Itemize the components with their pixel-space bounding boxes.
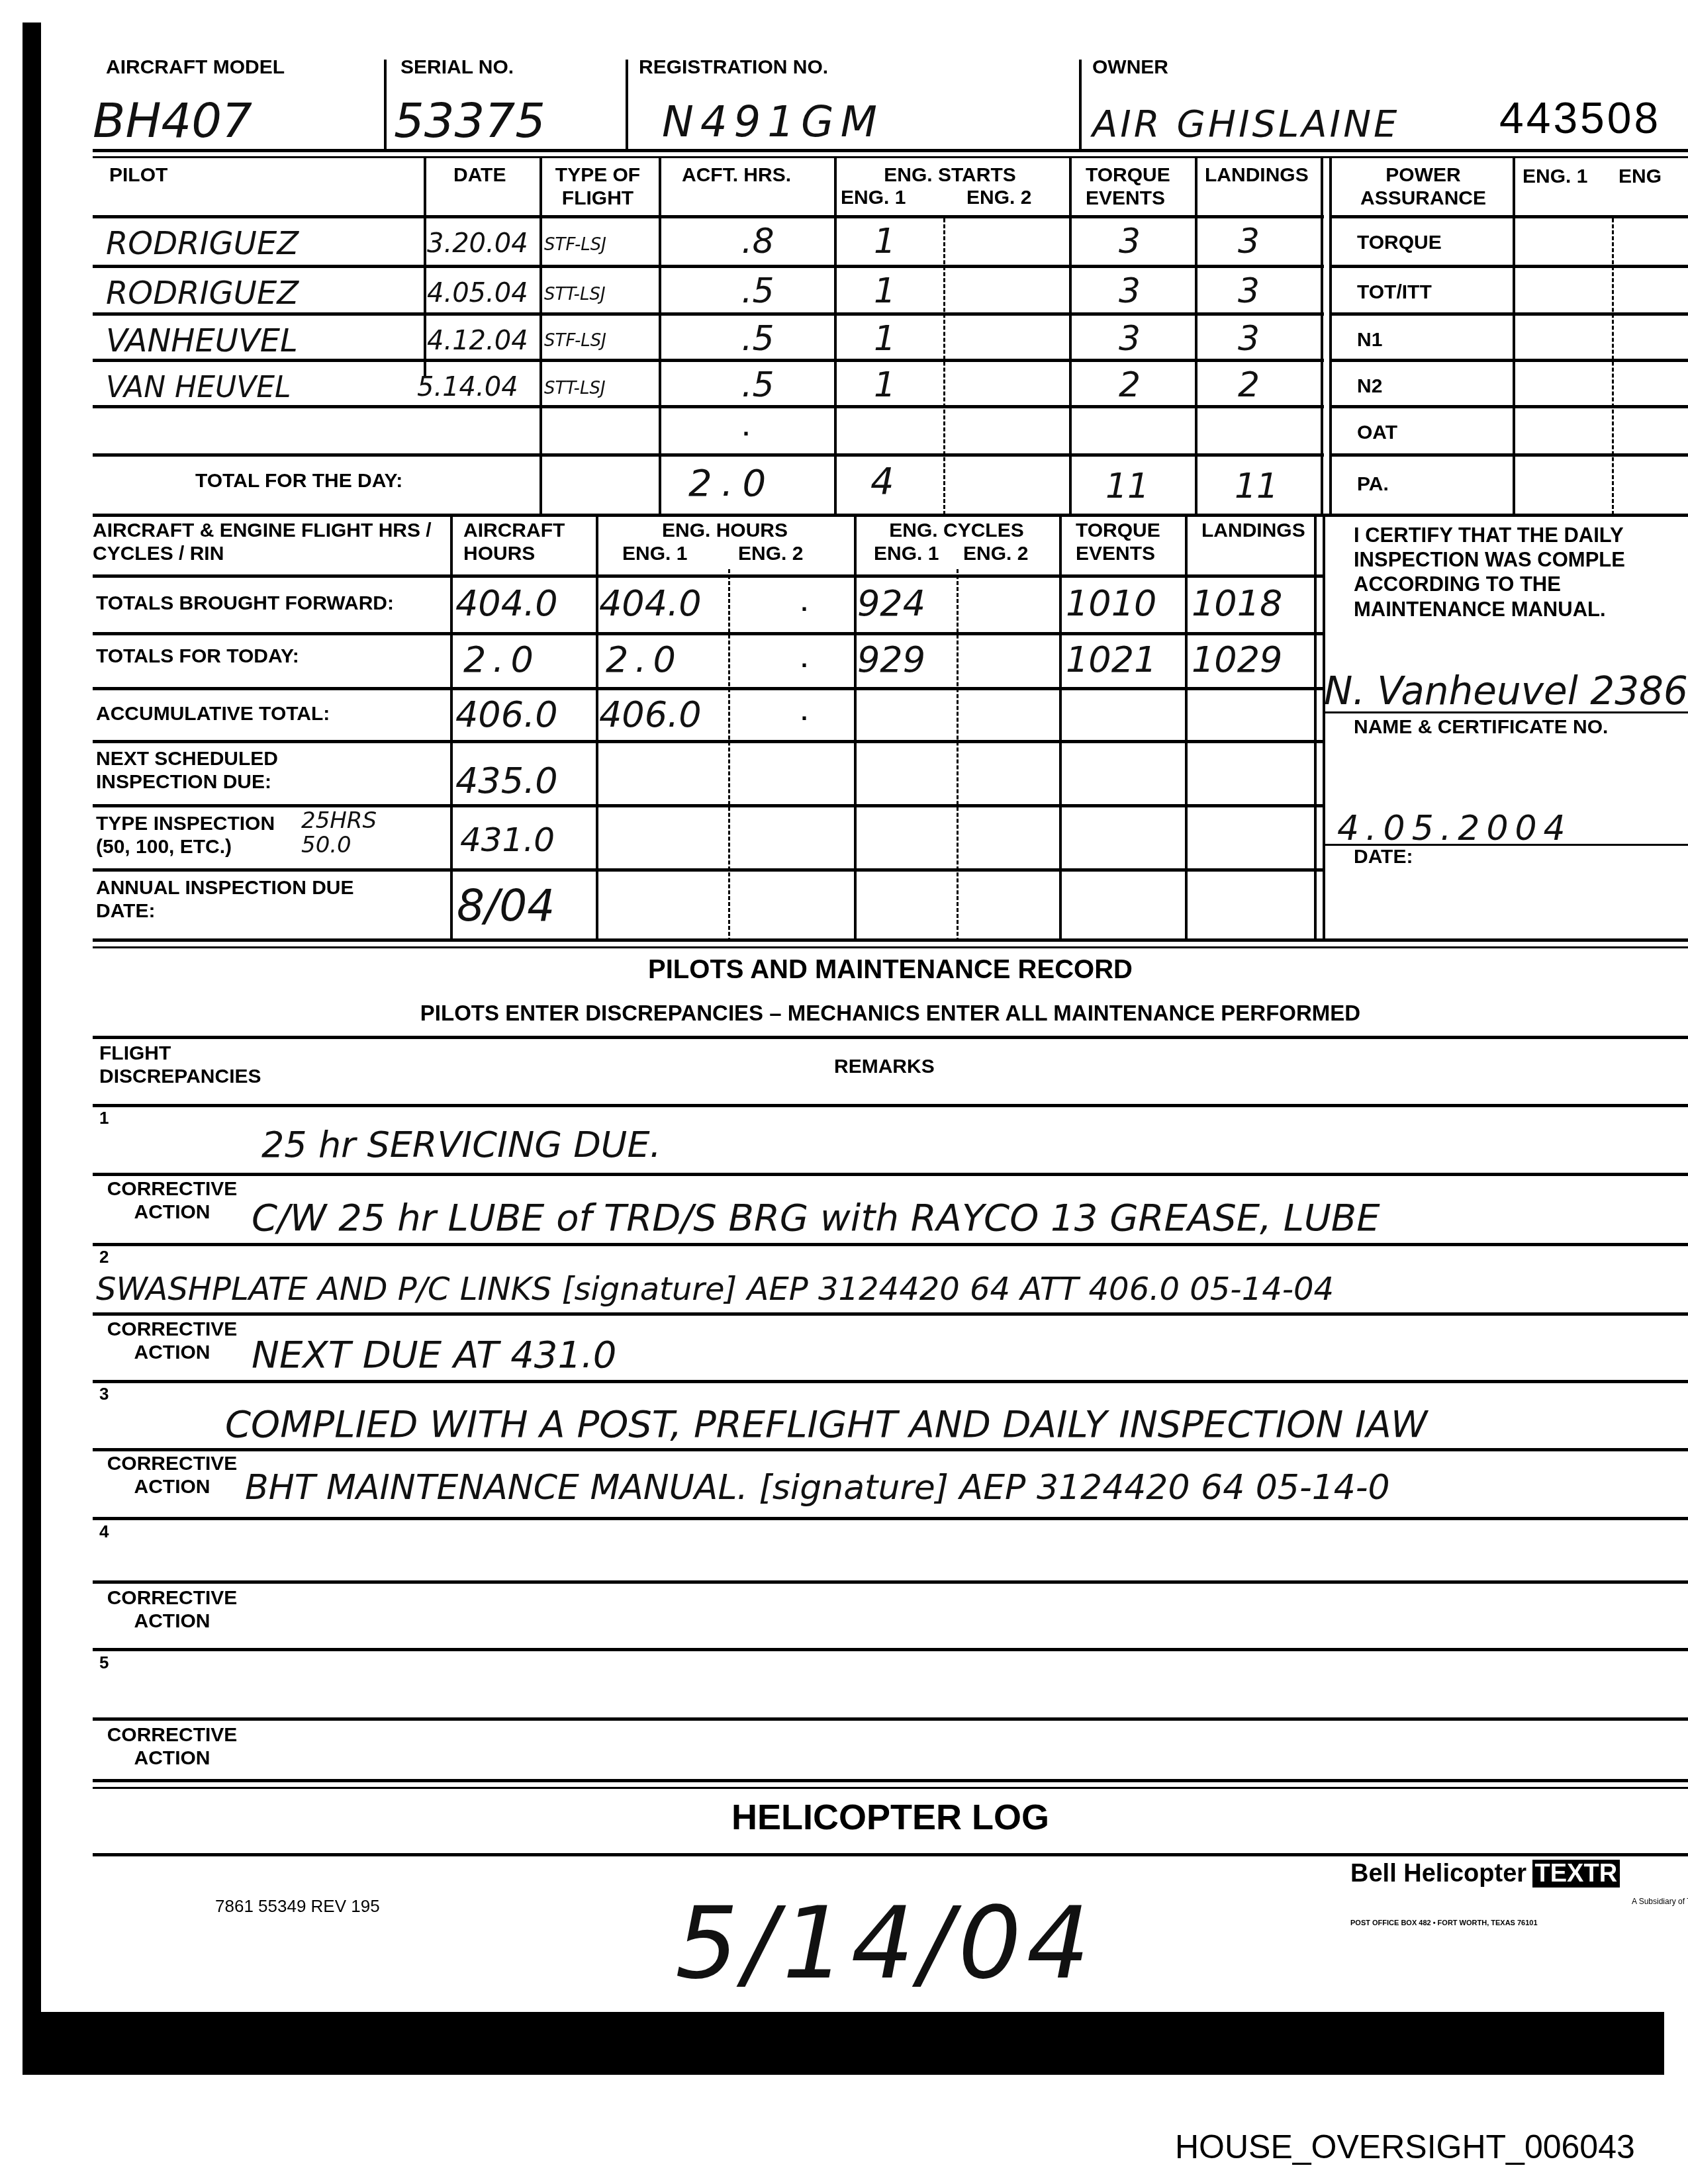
- grid-line: [1323, 515, 1325, 942]
- divider: [93, 1517, 1688, 1520]
- divider: [93, 1243, 1688, 1246]
- today-eng1-cycles: 929: [857, 639, 925, 680]
- maintenance-title: PILOTS AND MAINTENANCE RECORD: [93, 954, 1688, 985]
- type-inspection-note: 25HRS 50.0: [301, 809, 374, 858]
- grid-line: [854, 515, 857, 942]
- corrective-action-label: CORRECTIVE ACTION: [93, 1587, 252, 1633]
- divider: [93, 1787, 1688, 1789]
- signature: N. Vanheuvel 2386: [1324, 668, 1688, 713]
- bates-number: HOUSE_OVERSIGHT_006043: [1175, 2128, 1635, 2166]
- divider: [93, 1312, 1688, 1316]
- grid-line: [1321, 158, 1323, 515]
- torque-events: 3: [1119, 319, 1141, 359]
- bell-helicopter-logo: Bell Helicopter TEXTR: [1350, 1860, 1620, 1889]
- eng1-starts: 1: [874, 271, 896, 311]
- today-torque: 1021: [1066, 639, 1156, 680]
- acft-hrs: .: [743, 414, 749, 441]
- pilot-name: RODRIGUEZ: [106, 225, 299, 262]
- col-type-of-flight: TYPE OF FLIGHT: [541, 164, 654, 210]
- date-label: DATE:: [1354, 846, 1413, 869]
- grid-line: [1513, 158, 1515, 515]
- grid-line: [93, 312, 1324, 316]
- accumulative-eng1-hours: 406.0: [599, 694, 702, 735]
- grid-line: [93, 740, 1324, 743]
- torque-events: 3: [1119, 271, 1141, 311]
- accumulative-aircraft-hours: 406.0: [455, 694, 558, 735]
- grid-line: [1314, 515, 1317, 942]
- col-pilot: PILOT: [109, 164, 167, 187]
- annual-inspection-date: 8/04: [457, 880, 555, 931]
- flight-type: STT-LSJ: [544, 285, 606, 304]
- divider: [93, 1173, 1688, 1176]
- divider: [93, 1380, 1688, 1383]
- discrepancy-2: SWASHPLATE AND P/C LINKS [signature] AEP…: [96, 1271, 1334, 1308]
- grid-line: [1329, 453, 1688, 457]
- grid-line: [1195, 158, 1197, 515]
- stamp-number: 443508: [1499, 93, 1661, 143]
- row-type-inspection-label: TYPE INSPECTION (50, 100, ETC.): [96, 813, 301, 858]
- divider: [1079, 60, 1082, 149]
- grid-line: [728, 569, 730, 942]
- name-certificate-label: NAME & CERTIFICATE NO.: [1354, 716, 1608, 739]
- divider: [93, 1648, 1688, 1651]
- col-torque-events: TORQUE EVENTS: [1086, 164, 1185, 210]
- grid-line: [539, 158, 542, 515]
- eng1-starts: 1: [874, 222, 896, 261]
- owner-value: AIR GHISLAINE: [1092, 103, 1399, 146]
- brought-forward-eng1-cycles: 924: [857, 582, 925, 624]
- discrepancy-3: COMPLIED WITH A POST, PREFLIGHT AND DAIL…: [225, 1403, 1427, 1446]
- col-landings: LANDINGS: [1205, 164, 1309, 187]
- next-inspection-hours: 435.0: [455, 760, 558, 801]
- grid-line: [93, 514, 1688, 517]
- col-landings: LANDINGS: [1201, 520, 1305, 543]
- grid-line: [93, 215, 1324, 218]
- corrective-action-3: BHT MAINTENANCE MANUAL. [signature] AEP …: [245, 1468, 1390, 1508]
- totals-section-label: AIRCRAFT & ENGINE FLIGHT HRS / CYCLES / …: [93, 520, 450, 565]
- pa-row-oat: OAT: [1357, 422, 1397, 445]
- brought-forward-landings: 1018: [1192, 582, 1282, 624]
- pa-row-tot-itt: TOT/ITT: [1357, 281, 1432, 304]
- divider: [93, 1448, 1688, 1451]
- divider: [93, 1104, 1688, 1107]
- flight-type: STF-LSJ: [544, 331, 606, 351]
- pilot-name: VAN HEUVEL: [106, 371, 291, 404]
- corrective-action-2: NEXT DUE AT 431.0: [252, 1334, 617, 1377]
- pa-col-eng2: ENG: [1618, 165, 1662, 189]
- power-assurance-header: POWER ASSURANCE: [1331, 164, 1516, 210]
- entry-number: 3: [99, 1385, 109, 1404]
- grid-line: [834, 158, 837, 515]
- discrepancy-1: 25 hr SERVICING DUE.: [261, 1124, 661, 1165]
- total-torque-events: 11: [1105, 467, 1149, 506]
- entry-number: 1: [99, 1109, 109, 1128]
- today-eng2-hours: .: [801, 645, 808, 672]
- torque-events: 3: [1119, 222, 1141, 261]
- col-acft-hrs: ACFT. HRS.: [682, 164, 791, 187]
- divider: [93, 1036, 1688, 1039]
- pa-row-pa: PA.: [1357, 473, 1389, 496]
- brand-address: POST OFFICE BOX 482 • FORT WORTH, TEXAS …: [1350, 1919, 1538, 1927]
- landings: 3: [1238, 222, 1260, 261]
- col-eng-cycles: ENG. CYCLES: [854, 520, 1059, 543]
- grid-line: [1329, 215, 1688, 218]
- today-landings: 1029: [1192, 639, 1282, 680]
- col-eng-cycles-eng1: ENG. 1: [874, 543, 939, 566]
- eng1-starts: 1: [874, 319, 896, 359]
- grid-line: [93, 574, 1324, 578]
- landings: 3: [1238, 319, 1260, 359]
- divider: [93, 149, 1688, 152]
- landings: 2: [1238, 365, 1260, 405]
- row-accumulative-label: ACCUMULATIVE TOTAL:: [96, 703, 330, 726]
- col-eng-hours-eng2: ENG. 2: [738, 543, 803, 566]
- acft-hrs: .5: [741, 319, 774, 359]
- col-eng-hours-eng1: ENG. 1: [622, 543, 687, 566]
- acft-hrs: .5: [741, 365, 774, 405]
- col-eng-cycles-eng2: ENG. 2: [963, 543, 1028, 566]
- grid-line: [450, 515, 453, 942]
- pa-col-eng1: ENG. 1: [1523, 165, 1587, 189]
- scan-bottom-band: [23, 2012, 1664, 2075]
- certification-date: 4.05.2004: [1337, 809, 1572, 848]
- certification-text: I CERTIFY THAT THE DAILY INSPECTION WAS …: [1354, 523, 1688, 621]
- divider: [93, 1580, 1688, 1584]
- grid-line: [1185, 515, 1188, 942]
- grid-line: [93, 453, 1324, 457]
- divider: [626, 60, 628, 149]
- grid-line: [1329, 312, 1688, 316]
- corrective-action-label: CORRECTIVE ACTION: [93, 1318, 252, 1364]
- col-eng1: ENG. 1: [841, 187, 906, 210]
- grid-line: [93, 405, 1324, 408]
- brand-box: TEXTR: [1532, 1860, 1620, 1888]
- grid-line: [93, 946, 1688, 948]
- col-remarks: REMARKS: [834, 1056, 935, 1079]
- grid-line: [943, 218, 945, 515]
- grid-line: [93, 265, 1324, 268]
- entry-number: 2: [99, 1248, 109, 1267]
- landings: 3: [1238, 271, 1260, 311]
- acft-hrs: .5: [741, 271, 774, 311]
- total-eng1-starts: 4: [870, 460, 894, 503]
- pa-row-n1: N1: [1357, 329, 1382, 352]
- aircraft-model-value: BH407: [93, 93, 252, 148]
- flight-date: 4.05.04: [427, 278, 528, 308]
- maintenance-subtitle: PILOTS ENTER DISCREPANCIES – MECHANICS E…: [93, 1001, 1688, 1026]
- eng1-starts: 1: [874, 365, 896, 405]
- signature-line: [1324, 711, 1688, 713]
- brought-forward-aircraft-hours: 404.0: [455, 582, 558, 624]
- grid-line: [1329, 265, 1688, 268]
- row-next-inspection-label: NEXT SCHEDULED INSPECTION DUE:: [96, 748, 295, 794]
- entry-number: 5: [99, 1653, 109, 1673]
- col-eng-starts: ENG. STARTS: [834, 164, 1066, 187]
- row-today-label: TOTALS FOR TODAY:: [96, 645, 299, 668]
- today-aircraft-hours: 2.0: [463, 639, 540, 680]
- flight-date: 4.12.04: [427, 326, 528, 356]
- grid-line: [1612, 218, 1614, 515]
- form-number: 7861 55349 REV 195: [215, 1896, 380, 1917]
- grid-line: [93, 868, 1324, 872]
- col-eng-hours: ENG. HOURS: [596, 520, 854, 543]
- helicopter-log-title: HELICOPTER LOG: [93, 1797, 1688, 1838]
- today-eng1-hours: 2.0: [606, 639, 682, 680]
- grid-line: [1329, 405, 1688, 408]
- pa-row-torque: TORQUE: [1357, 232, 1442, 255]
- grid-line: [1059, 515, 1062, 942]
- grid-line: [93, 632, 1324, 635]
- grid-line: [659, 158, 661, 515]
- col-eng2: ENG. 2: [966, 187, 1031, 210]
- corrective-action-label: CORRECTIVE ACTION: [93, 1724, 252, 1770]
- brought-forward-eng2-hours: .: [801, 589, 808, 616]
- col-aircraft-hours: AIRCRAFT HOURS: [463, 520, 596, 565]
- grid-line: [957, 569, 959, 942]
- total-landings: 11: [1235, 467, 1278, 506]
- divider: [93, 1717, 1688, 1721]
- torque-events: 2: [1119, 365, 1141, 405]
- handwritten-date: 5/14/04: [675, 1886, 1095, 2001]
- registration-value: N491GM: [662, 98, 884, 147]
- pa-row-n2: N2: [1357, 375, 1382, 398]
- brought-forward-eng1-hours: 404.0: [599, 582, 702, 624]
- grid-line: [1069, 158, 1072, 515]
- corrective-action-label: CORRECTIVE ACTION: [93, 1453, 252, 1498]
- serial-no-value: 53375: [394, 93, 545, 148]
- total-acft-hrs: 2.0: [688, 462, 775, 505]
- divider: [384, 60, 387, 149]
- total-label: TOTAL FOR THE DAY:: [195, 470, 402, 493]
- type-inspection-hours: 431.0: [460, 821, 555, 859]
- brought-forward-torque: 1010: [1066, 582, 1156, 624]
- flight-date: 5.14.04: [417, 372, 518, 402]
- accumulative-eng2-hours: .: [801, 698, 808, 725]
- flight-date: 3.20.04: [427, 228, 528, 259]
- row-annual-inspection-label: ANNUAL INSPECTION DUE DATE:: [96, 877, 361, 923]
- divider: [93, 1853, 1688, 1856]
- entry-number: 4: [99, 1522, 109, 1542]
- corrective-action-label: CORRECTIVE ACTION: [93, 1178, 252, 1224]
- divider: [93, 156, 1688, 158]
- col-date: DATE: [453, 164, 506, 187]
- scan-edge-bar: [23, 23, 41, 2074]
- grid-line: [1329, 359, 1688, 362]
- grid-line: [93, 938, 1688, 942]
- divider: [93, 1779, 1688, 1782]
- col-torque-events: TORQUE EVENTS: [1076, 520, 1182, 565]
- owner-label: OWNER: [1092, 56, 1168, 79]
- registration-label: REGISTRATION NO.: [639, 56, 828, 79]
- grid-line: [596, 515, 598, 942]
- pilot-name: RODRIGUEZ: [106, 275, 299, 312]
- row-brought-forward-label: TOTALS BROUGHT FORWARD:: [96, 592, 394, 615]
- grid-line: [93, 804, 1324, 807]
- brand-name: Bell Helicopter: [1350, 1860, 1526, 1888]
- flight-type: STT-LSJ: [544, 379, 606, 398]
- grid-line: [1329, 158, 1332, 515]
- col-flight-discrepancies: FLIGHT DISCREPANCIES: [99, 1042, 298, 1088]
- pilot-name: VANHEUVEL: [106, 322, 298, 359]
- aircraft-model-label: AIRCRAFT MODEL: [106, 56, 285, 79]
- serial-no-label: SERIAL NO.: [400, 56, 514, 79]
- grid-line: [93, 687, 1324, 690]
- flight-type: STF-LSJ: [544, 235, 606, 255]
- brand-subtitle: A Subsidiary of Te: [1632, 1897, 1688, 1906]
- acft-hrs: .8: [741, 222, 774, 261]
- corrective-action-1: C/W 25 hr LUBE of TRD/S BRG with RAYCO 1…: [252, 1197, 1380, 1240]
